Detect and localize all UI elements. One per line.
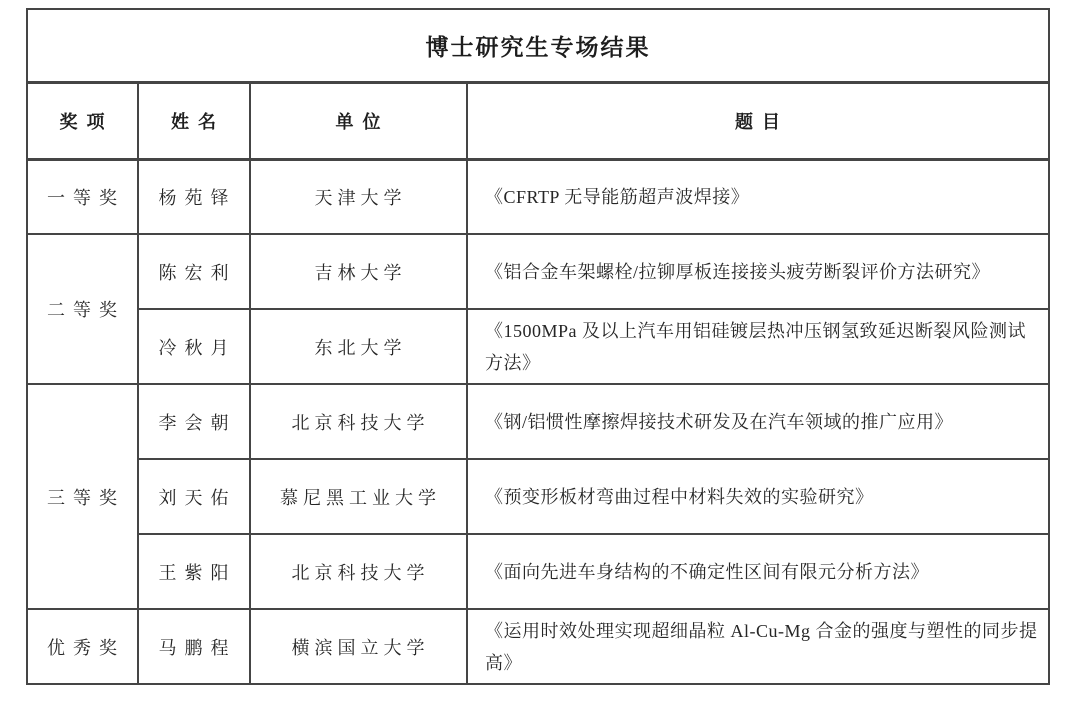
table-row: 三等奖李会朝北京科技大学《钢/铝惯性摩擦焊接技术研发及在汽车领域的推广应用》 bbox=[27, 384, 1049, 459]
unit-cell: 东北大学 bbox=[250, 309, 467, 384]
name-cell: 冷秋月 bbox=[138, 309, 250, 384]
topic-cell: 《运用时效处理实现超细晶粒 Al-Cu-Mg 合金的强度与塑性的同步提高》 bbox=[467, 609, 1049, 684]
column-header-unit: 单位 bbox=[250, 82, 467, 159]
award-cell: 三等奖 bbox=[27, 384, 138, 609]
unit-cell: 天津大学 bbox=[250, 159, 467, 234]
column-header-topic: 题目 bbox=[467, 82, 1049, 159]
name-cell: 杨苑铎 bbox=[138, 159, 250, 234]
document-page: 博士研究生专场结果 奖项 姓名 单位 题目 一等奖杨苑铎天津大学《CFRTP 无… bbox=[0, 0, 1080, 703]
unit-cell: 北京科技大学 bbox=[250, 534, 467, 609]
topic-cell: 《钢/铝惯性摩擦焊接技术研发及在汽车领域的推广应用》 bbox=[467, 384, 1049, 459]
name-cell: 马鹏程 bbox=[138, 609, 250, 684]
unit-cell: 横滨国立大学 bbox=[250, 609, 467, 684]
column-header-award: 奖项 bbox=[27, 82, 138, 159]
topic-cell: 《预变形板材弯曲过程中材料失效的实验研究》 bbox=[467, 459, 1049, 534]
topic-cell: 《1500MPa 及以上汽车用铝硅镀层热冲压钢氢致延迟断裂风险测试方法》 bbox=[467, 309, 1049, 384]
table-row: 刘天佑慕尼黑工业大学《预变形板材弯曲过程中材料失效的实验研究》 bbox=[27, 459, 1049, 534]
topic-cell: 《铝合金车架螺栓/拉铆厚板连接接头疲劳断裂评价方法研究》 bbox=[467, 234, 1049, 309]
award-cell: 二等奖 bbox=[27, 234, 138, 384]
column-header-name: 姓名 bbox=[138, 82, 250, 159]
unit-cell: 吉林大学 bbox=[250, 234, 467, 309]
table-row: 王紫阳北京科技大学《面向先进车身结构的不确定性区间有限元分析方法》 bbox=[27, 534, 1049, 609]
name-cell: 陈宏利 bbox=[138, 234, 250, 309]
name-cell: 王紫阳 bbox=[138, 534, 250, 609]
table-title-row: 博士研究生专场结果 bbox=[27, 9, 1049, 82]
unit-cell: 北京科技大学 bbox=[250, 384, 467, 459]
topic-cell: 《面向先进车身结构的不确定性区间有限元分析方法》 bbox=[467, 534, 1049, 609]
name-cell: 李会朝 bbox=[138, 384, 250, 459]
table-header-row: 奖项 姓名 单位 题目 bbox=[27, 82, 1049, 159]
unit-cell: 慕尼黑工业大学 bbox=[250, 459, 467, 534]
topic-cell: 《CFRTP 无导能筋超声波焊接》 bbox=[467, 159, 1049, 234]
table-title: 博士研究生专场结果 bbox=[27, 9, 1049, 82]
table-row: 冷秋月东北大学《1500MPa 及以上汽车用铝硅镀层热冲压钢氢致延迟断裂风险测试… bbox=[27, 309, 1049, 384]
results-table: 博士研究生专场结果 奖项 姓名 单位 题目 一等奖杨苑铎天津大学《CFRTP 无… bbox=[26, 8, 1050, 685]
name-cell: 刘天佑 bbox=[138, 459, 250, 534]
table-row: 优秀奖马鹏程横滨国立大学《运用时效处理实现超细晶粒 Al-Cu-Mg 合金的强度… bbox=[27, 609, 1049, 684]
award-cell: 优秀奖 bbox=[27, 609, 138, 684]
table-row: 一等奖杨苑铎天津大学《CFRTP 无导能筋超声波焊接》 bbox=[27, 159, 1049, 234]
table-row: 二等奖陈宏利吉林大学《铝合金车架螺栓/拉铆厚板连接接头疲劳断裂评价方法研究》 bbox=[27, 234, 1049, 309]
results-table-body: 一等奖杨苑铎天津大学《CFRTP 无导能筋超声波焊接》二等奖陈宏利吉林大学《铝合… bbox=[27, 159, 1049, 684]
award-cell: 一等奖 bbox=[27, 159, 138, 234]
